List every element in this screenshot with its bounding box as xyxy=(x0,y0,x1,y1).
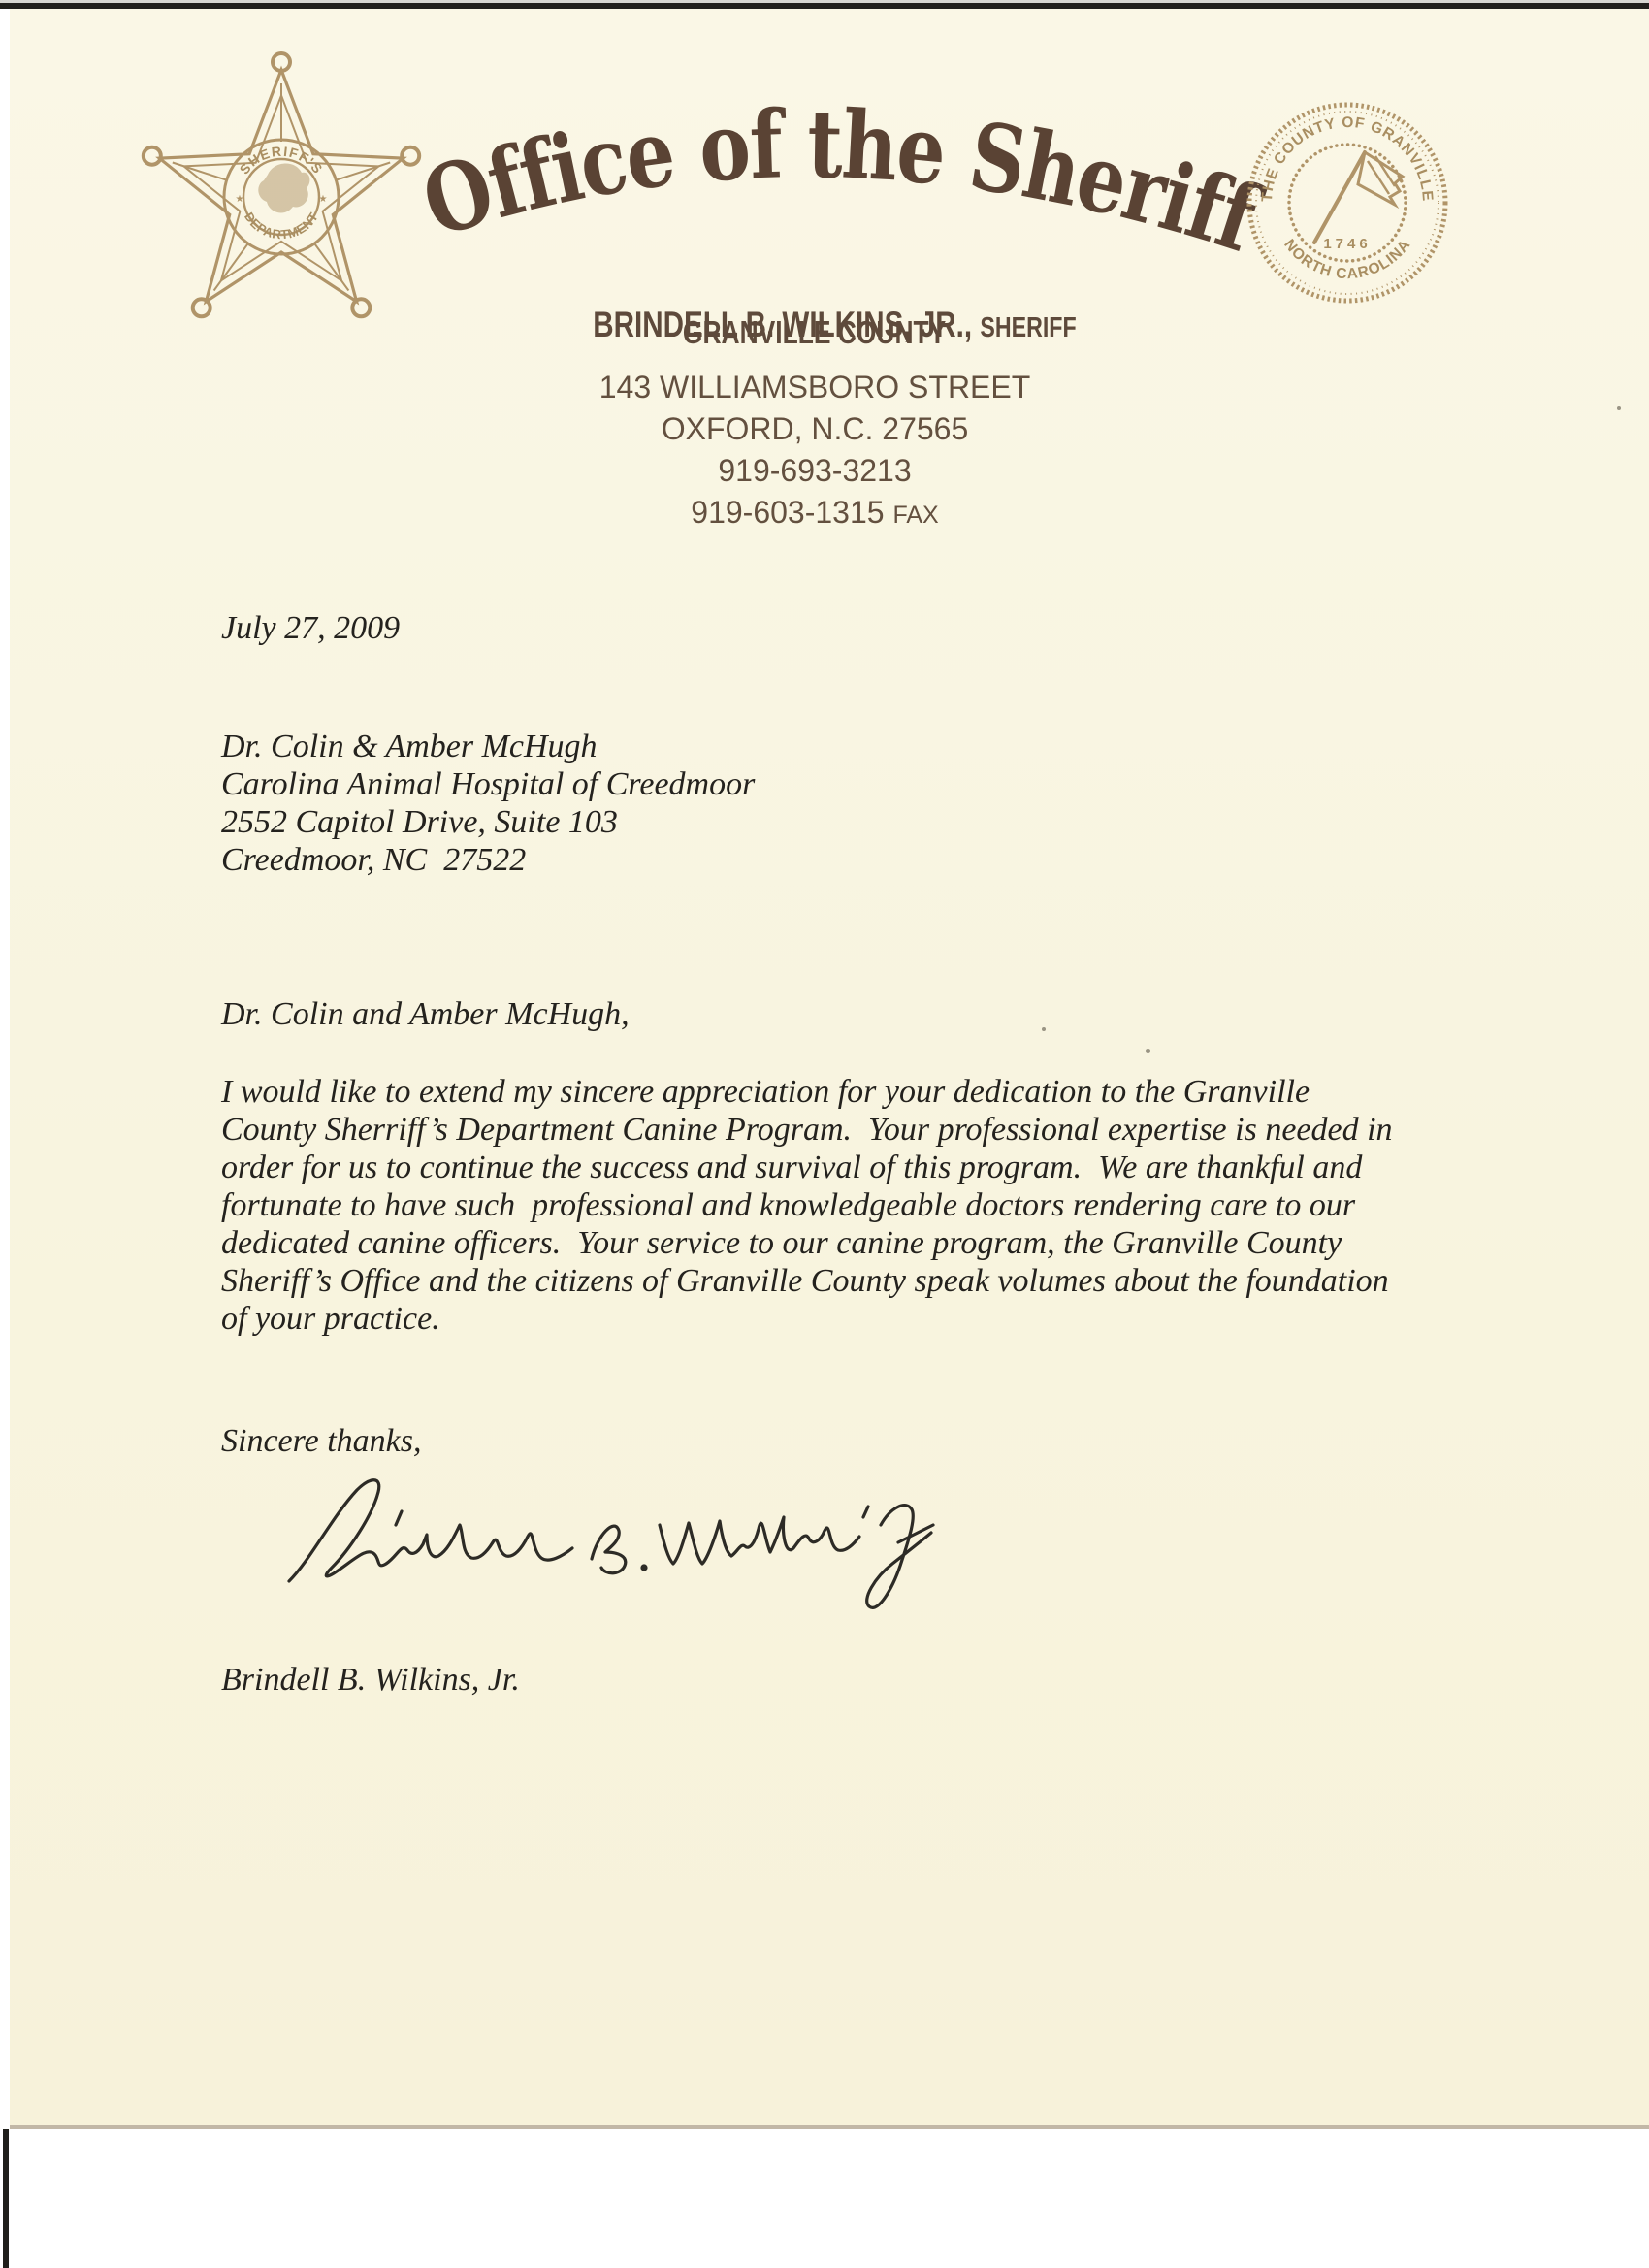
recipient-city: Creedmoor, NC 27522 xyxy=(221,841,755,879)
letter-date: July 27, 2009 xyxy=(221,609,400,647)
body-line: Sheriff’s Office and the citizens of Gra… xyxy=(221,1262,1393,1300)
body-line: of your practice. xyxy=(221,1300,1393,1338)
county-line: GRANVILLE COUNTY xyxy=(407,314,1222,351)
dust-speck xyxy=(1042,1027,1046,1031)
recipient-org: Carolina Animal Hospital of Creedmoor xyxy=(221,765,755,803)
recipient-street: 2552 Capitol Drive, Suite 103 xyxy=(221,803,755,841)
recipient-name: Dr. Colin & Amber McHugh xyxy=(221,728,755,765)
body-line: County Sherriff’s Department Canine Prog… xyxy=(221,1111,1393,1149)
page-title: Office of the Sheriff xyxy=(410,89,1274,275)
address-street: 143 WILLIAMSBORO STREET xyxy=(407,367,1222,408)
phone-number: 919-693-3213 xyxy=(407,450,1222,492)
badge-center-emblem xyxy=(258,163,309,212)
body-line: fortunate to have such professional and … xyxy=(221,1186,1393,1224)
fax-label: FAX xyxy=(892,502,938,529)
badge-bottom-text: DEPARTMENT xyxy=(242,210,321,242)
dust-speck xyxy=(1146,1049,1150,1053)
address-city: OXFORD, N.C. 27565 xyxy=(407,408,1222,450)
letter-body: I would like to extend my sincere apprec… xyxy=(221,1073,1393,1338)
signature-script xyxy=(281,1467,883,1627)
body-line: I would like to extend my sincere apprec… xyxy=(221,1073,1393,1111)
svg-text:DEPARTMENT: DEPARTMENT xyxy=(242,210,321,242)
seal-year: 1746 xyxy=(1323,236,1371,252)
badge-right-star-icon: ★ xyxy=(319,194,328,205)
paper-bottom-edge xyxy=(10,2125,1649,2129)
svg-text:Office of the Sheriff: Office of the Sheriff xyxy=(410,89,1274,275)
fax-number: 919-603-1315 FAX xyxy=(407,492,1222,536)
badge-left-star-icon: ★ xyxy=(236,194,244,205)
office-of-the-sheriff-title: Office of the Sheriff xyxy=(417,53,1271,286)
salutation: Dr. Colin and Amber McHugh, xyxy=(221,995,630,1033)
closing: Sincere thanks, xyxy=(221,1422,421,1460)
body-line: dedicated canine officers. Your service … xyxy=(221,1224,1393,1262)
sheriff-star-badge-icon: SHERIFF'S DEPARTMENT ★ ★ xyxy=(138,49,425,340)
recipient-address-block: Dr. Colin & Amber McHugh Carolina Animal… xyxy=(221,728,755,879)
body-line: order for us to continue the success and… xyxy=(221,1149,1393,1186)
dust-speck xyxy=(1617,406,1621,410)
letterhead-address-block: 143 WILLIAMSBORO STREET OXFORD, N.C. 275… xyxy=(407,367,1222,536)
scanner-left-edge xyxy=(3,2129,9,2268)
granville-county-seal-icon: THE COUNTY OF GRANVILLE NORTH CAROLINA 1… xyxy=(1242,97,1453,308)
seal-flag-icon xyxy=(1314,152,1403,243)
signed-name: Brindell B. Wilkins, Jr. xyxy=(221,1661,520,1699)
scanned-letter-page: SHERIFF'S DEPARTMENT ★ ★ Office of the S… xyxy=(0,0,1649,2268)
